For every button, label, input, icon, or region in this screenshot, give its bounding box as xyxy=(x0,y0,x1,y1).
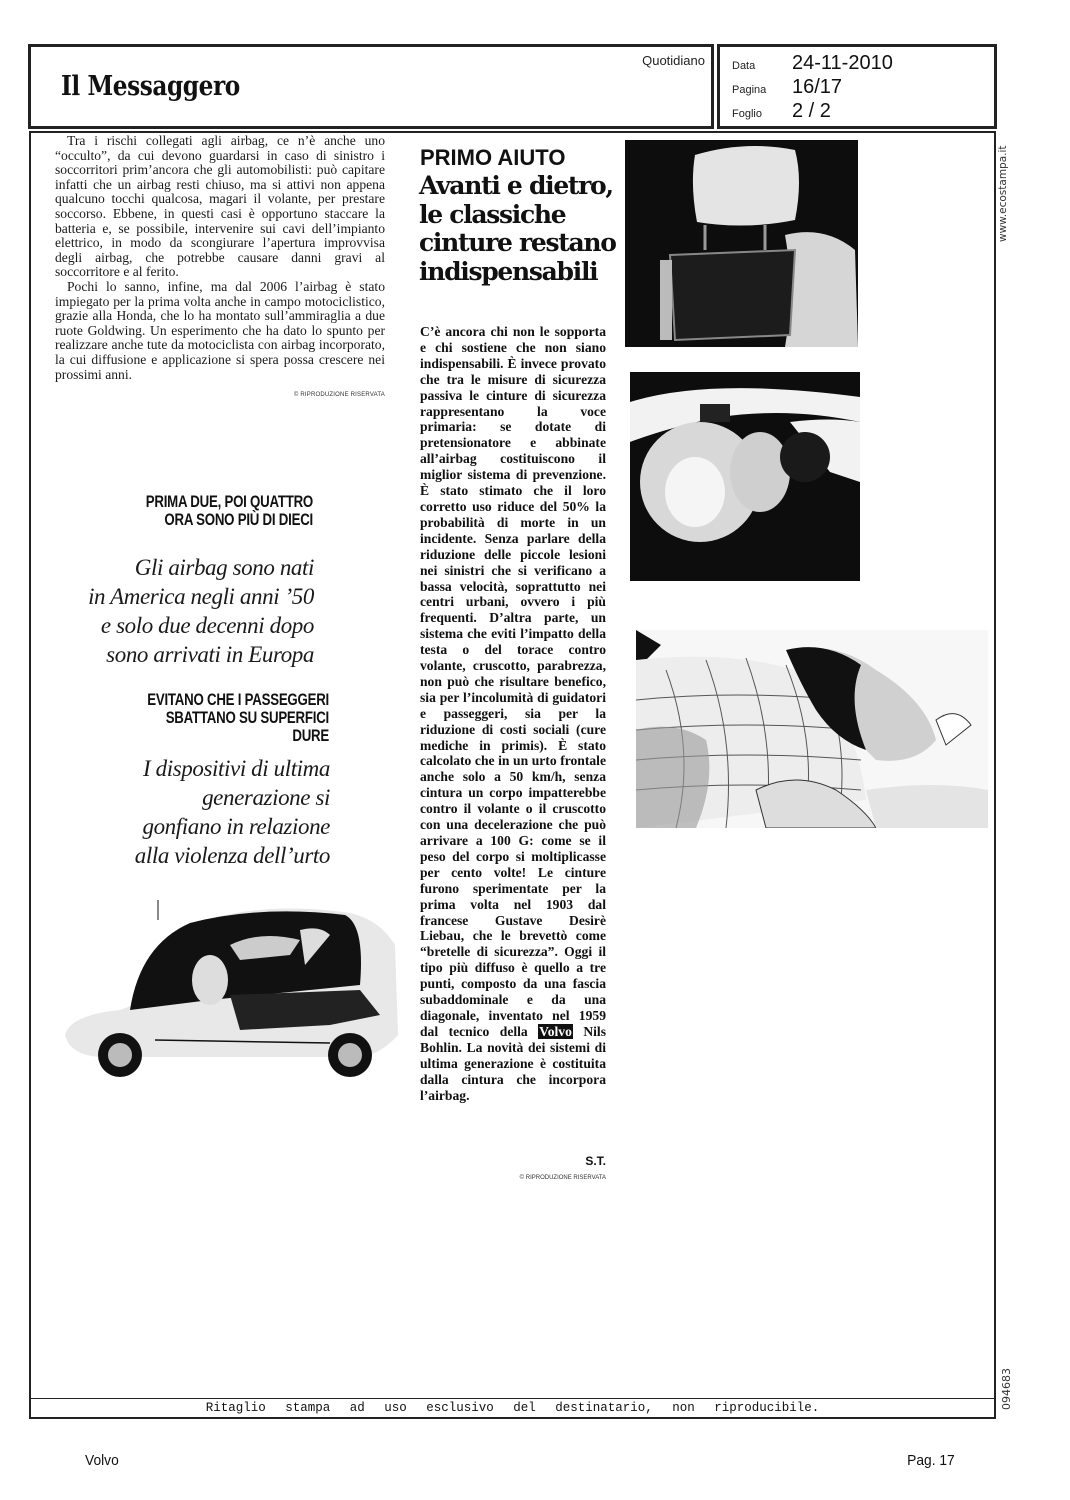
meta-value: 24-11-2010 xyxy=(792,52,893,75)
callout-line: generazione si xyxy=(90,783,330,812)
airbag-deployed-photo xyxy=(630,372,860,581)
kicker-line: SBATTANO SU SUPERFICI DURE xyxy=(127,709,329,745)
callout-line: I dispositivi di ultima xyxy=(90,754,330,783)
callout-line: e solo due decenni dopo xyxy=(60,611,314,640)
highlighted-keyword: Volvo xyxy=(538,1024,573,1039)
client-name: Volvo xyxy=(85,1452,119,1469)
meta-label: Pagina xyxy=(732,84,792,96)
callout-line: in America negli anni ’50 xyxy=(60,582,314,611)
main-article-body: C’è ancora chi non le sopporta e chi sos… xyxy=(420,324,606,1103)
newspaper-masthead: Il Messaggero xyxy=(61,71,240,102)
callout-line: alla violenza dell’urto xyxy=(90,841,330,870)
kicker-2: EVITANO CHE I PASSEGGERI SBATTANO SU SUP… xyxy=(127,691,329,745)
meta-date: Data 24-11-2010 xyxy=(732,52,893,75)
metadata-box: Data 24-11-2010 Pagina 16/17 Foglio 2 / … xyxy=(718,45,996,128)
left-article: Tra i rischi collegati agli airbag, ce n… xyxy=(55,134,385,403)
car-airbags-illustration xyxy=(60,885,400,1080)
paragraph: Pochi lo sanno, infine, ma dal 2006 l’ai… xyxy=(55,280,385,382)
masthead-box: Il Messaggero Quotidiano xyxy=(29,45,713,128)
callout-line: Gli airbag sono nati xyxy=(60,553,314,582)
article-headline: Avanti e dietro, le classiche cinture re… xyxy=(419,172,619,286)
meta-sheet: Foglio 2 / 2 xyxy=(732,100,831,123)
meta-page: Pagina 16/17 xyxy=(732,76,842,99)
kicker-line: EVITANO CHE I PASSEGGERI xyxy=(127,691,329,709)
document-code: 094683 xyxy=(1000,1368,1013,1410)
callout-line: gonfiano in relazione xyxy=(90,812,330,841)
child-pillow-photo xyxy=(636,630,988,828)
meta-value: 2 / 2 xyxy=(792,100,831,123)
section-label: PRIMO AIUTO xyxy=(420,145,565,171)
meta-label: Data xyxy=(732,60,792,72)
usage-notice: Ritaglio stampa ad uso esclusivo del des… xyxy=(31,1398,994,1417)
page-number: Pag. 17 xyxy=(907,1452,955,1469)
callout-line: sono arrivati in Europa xyxy=(60,640,314,669)
meta-label: Foglio xyxy=(732,108,792,120)
kicker-line: ORA SONO PIÙ DI DIECI xyxy=(123,511,313,529)
paragraph: Tra i rischi collegati agli airbag, ce n… xyxy=(55,134,385,280)
publication-type: Quotidiano xyxy=(642,53,705,68)
copyright-notice: © RIPRODUZIONE RISERVATA xyxy=(55,388,385,403)
callout-2: I dispositivi di ultima generazione si g… xyxy=(90,754,330,870)
meta-value: 16/17 xyxy=(792,76,842,99)
headrest-photo xyxy=(625,140,858,347)
kicker-1: PRIMA DUE, POI QUATTRO ORA SONO PIÙ DI D… xyxy=(123,493,313,529)
website-watermark: www.ecostampa.it xyxy=(997,145,1009,242)
body-text: C’è ancora chi non le sopporta e chi sos… xyxy=(420,324,606,1039)
kicker-line: PRIMA DUE, POI QUATTRO xyxy=(123,493,313,511)
copyright-notice: © RIPRODUZIONE RISERVATA xyxy=(420,1175,606,1181)
callout-1: Gli airbag sono nati in America negli an… xyxy=(60,553,314,669)
author-signature: S.T. xyxy=(420,1154,606,1168)
